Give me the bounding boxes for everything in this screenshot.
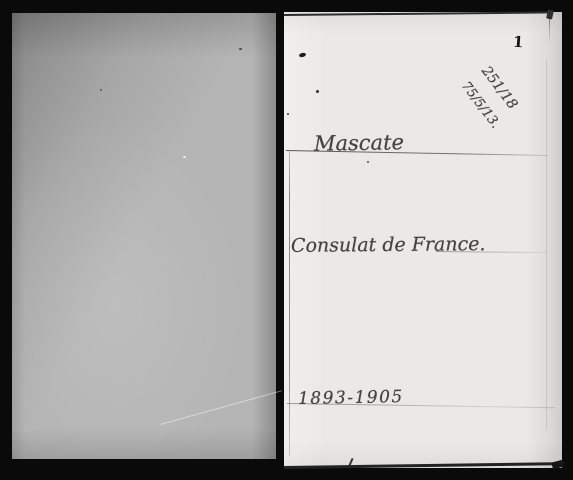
institution-handwritten: Consulat de France. xyxy=(291,233,486,257)
title-handwritten: Mascate xyxy=(314,130,404,156)
ink-dot xyxy=(367,161,369,163)
ink-dot xyxy=(287,113,289,115)
page-number: 1 xyxy=(512,33,524,52)
date-range-handwritten: 1893-1905 xyxy=(298,387,404,409)
ink-dot xyxy=(316,90,319,93)
scan-background: { "page": { "background_color": "#0a0a0a… xyxy=(0,0,573,480)
ink-layer: 1 251/18 75/5/13. Mascate Consulat de Fr… xyxy=(0,0,573,480)
archive-reference: 251/18 75/5/13. xyxy=(454,61,527,134)
ink-blot xyxy=(299,52,307,58)
